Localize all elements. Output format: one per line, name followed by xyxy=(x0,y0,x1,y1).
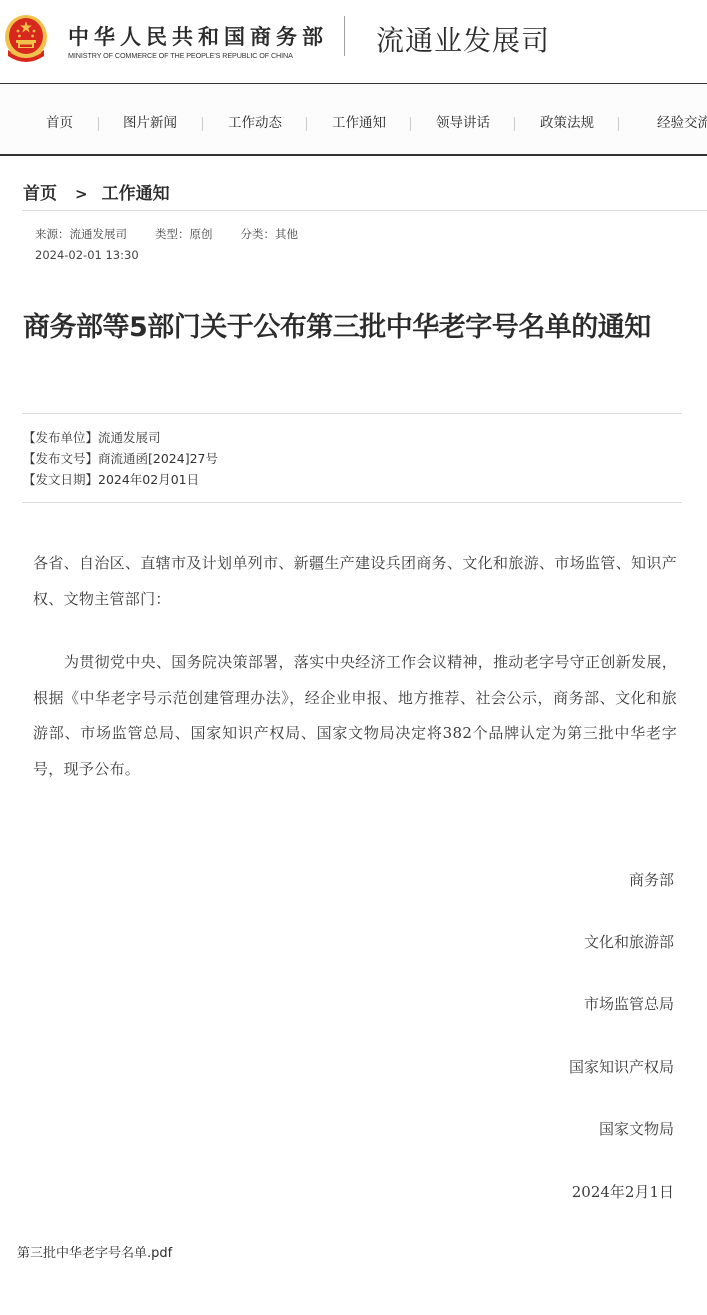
article-meta: 来源：流通发展司类型：原创分类：其他 xyxy=(35,226,326,242)
info-date: 【发文日期】2024年02月01日 xyxy=(23,470,199,488)
nav-separator xyxy=(98,117,99,131)
page: 中华人民共和国商务部 MINISTRY OF COMMERCE OF THE P… xyxy=(0,0,707,1315)
info-divider xyxy=(22,502,682,503)
signature-ip-office: 国家知识产权局 xyxy=(569,1056,674,1077)
attachment-link[interactable]: 第三批中华老字号名单.pdf xyxy=(17,1242,172,1261)
department-name[interactable]: 流通业发展司 xyxy=(376,19,550,59)
signature-market-regulation: 市场监管总局 xyxy=(584,993,674,1014)
article-paragraph: 为贯彻党中央、国务院决策部署，落实中央经济工作会议精神，推动老字号守正创新发展，… xyxy=(33,645,677,787)
meta-datetime: 2024-02-01 13:30 xyxy=(35,248,139,262)
meta-category: 分类：其他 xyxy=(241,227,299,241)
meta-source: 来源：流通发展司 xyxy=(35,227,127,241)
info-doc-number: 【发布文号】商流通函[2024]27号 xyxy=(23,449,218,467)
breadcrumb-home[interactable]: 首页 xyxy=(23,179,57,204)
signature-cultural-heritage: 国家文物局 xyxy=(599,1118,674,1139)
nav-separator xyxy=(306,117,307,131)
header-divider xyxy=(344,16,345,56)
signature-culture-tourism: 文化和旅游部 xyxy=(584,931,674,952)
national-emblem-icon[interactable] xyxy=(3,12,49,64)
breadcrumb-current[interactable]: 工作通知 xyxy=(102,179,170,204)
nav-separator xyxy=(202,117,203,131)
nav-item-experience-exchange[interactable]: 经验交流 xyxy=(657,84,707,154)
breadcrumb: 首页>工作通知 xyxy=(23,179,170,204)
main-nav: 首页 图片新闻 工作动态 工作通知 领导讲话 政策法规 经验交流 xyxy=(0,84,707,156)
nav-separator xyxy=(410,117,411,131)
article-salutation: 各省、自治区、直辖市及计划单列市、新疆生产建设兵团商务、文化和旅游、市场监管、知… xyxy=(33,546,677,617)
nav-item-policies[interactable]: 政策法规 xyxy=(540,84,594,154)
breadcrumb-divider xyxy=(22,210,707,211)
ministry-name-cn: 中华人民共和国商务部 xyxy=(68,21,328,51)
breadcrumb-separator: > xyxy=(75,185,88,203)
sign-date: 2024年2月1日 xyxy=(572,1181,674,1202)
nav-item-photo-news[interactable]: 图片新闻 xyxy=(123,84,177,154)
ministry-name-en: MINISTRY OF COMMERCE OF THE PEOPLE'S REP… xyxy=(68,51,293,60)
title-divider xyxy=(22,413,682,414)
meta-type: 类型：原创 xyxy=(155,227,213,241)
signature-mofcom: 商务部 xyxy=(629,869,674,890)
article-title: 商务部等5部门关于公布第三批中华老字号名单的通知 xyxy=(23,305,688,350)
nav-item-home[interactable]: 首页 xyxy=(46,84,73,154)
nav-item-work-notices[interactable]: 工作通知 xyxy=(332,84,386,154)
nav-item-work-updates[interactable]: 工作动态 xyxy=(228,84,282,154)
nav-item-leader-speeches[interactable]: 领导讲话 xyxy=(436,84,490,154)
site-header: 中华人民共和国商务部 MINISTRY OF COMMERCE OF THE P… xyxy=(0,0,707,84)
nav-separator xyxy=(618,117,619,131)
nav-separator xyxy=(514,117,515,131)
info-publisher: 【发布单位】流通发展司 xyxy=(23,428,161,446)
